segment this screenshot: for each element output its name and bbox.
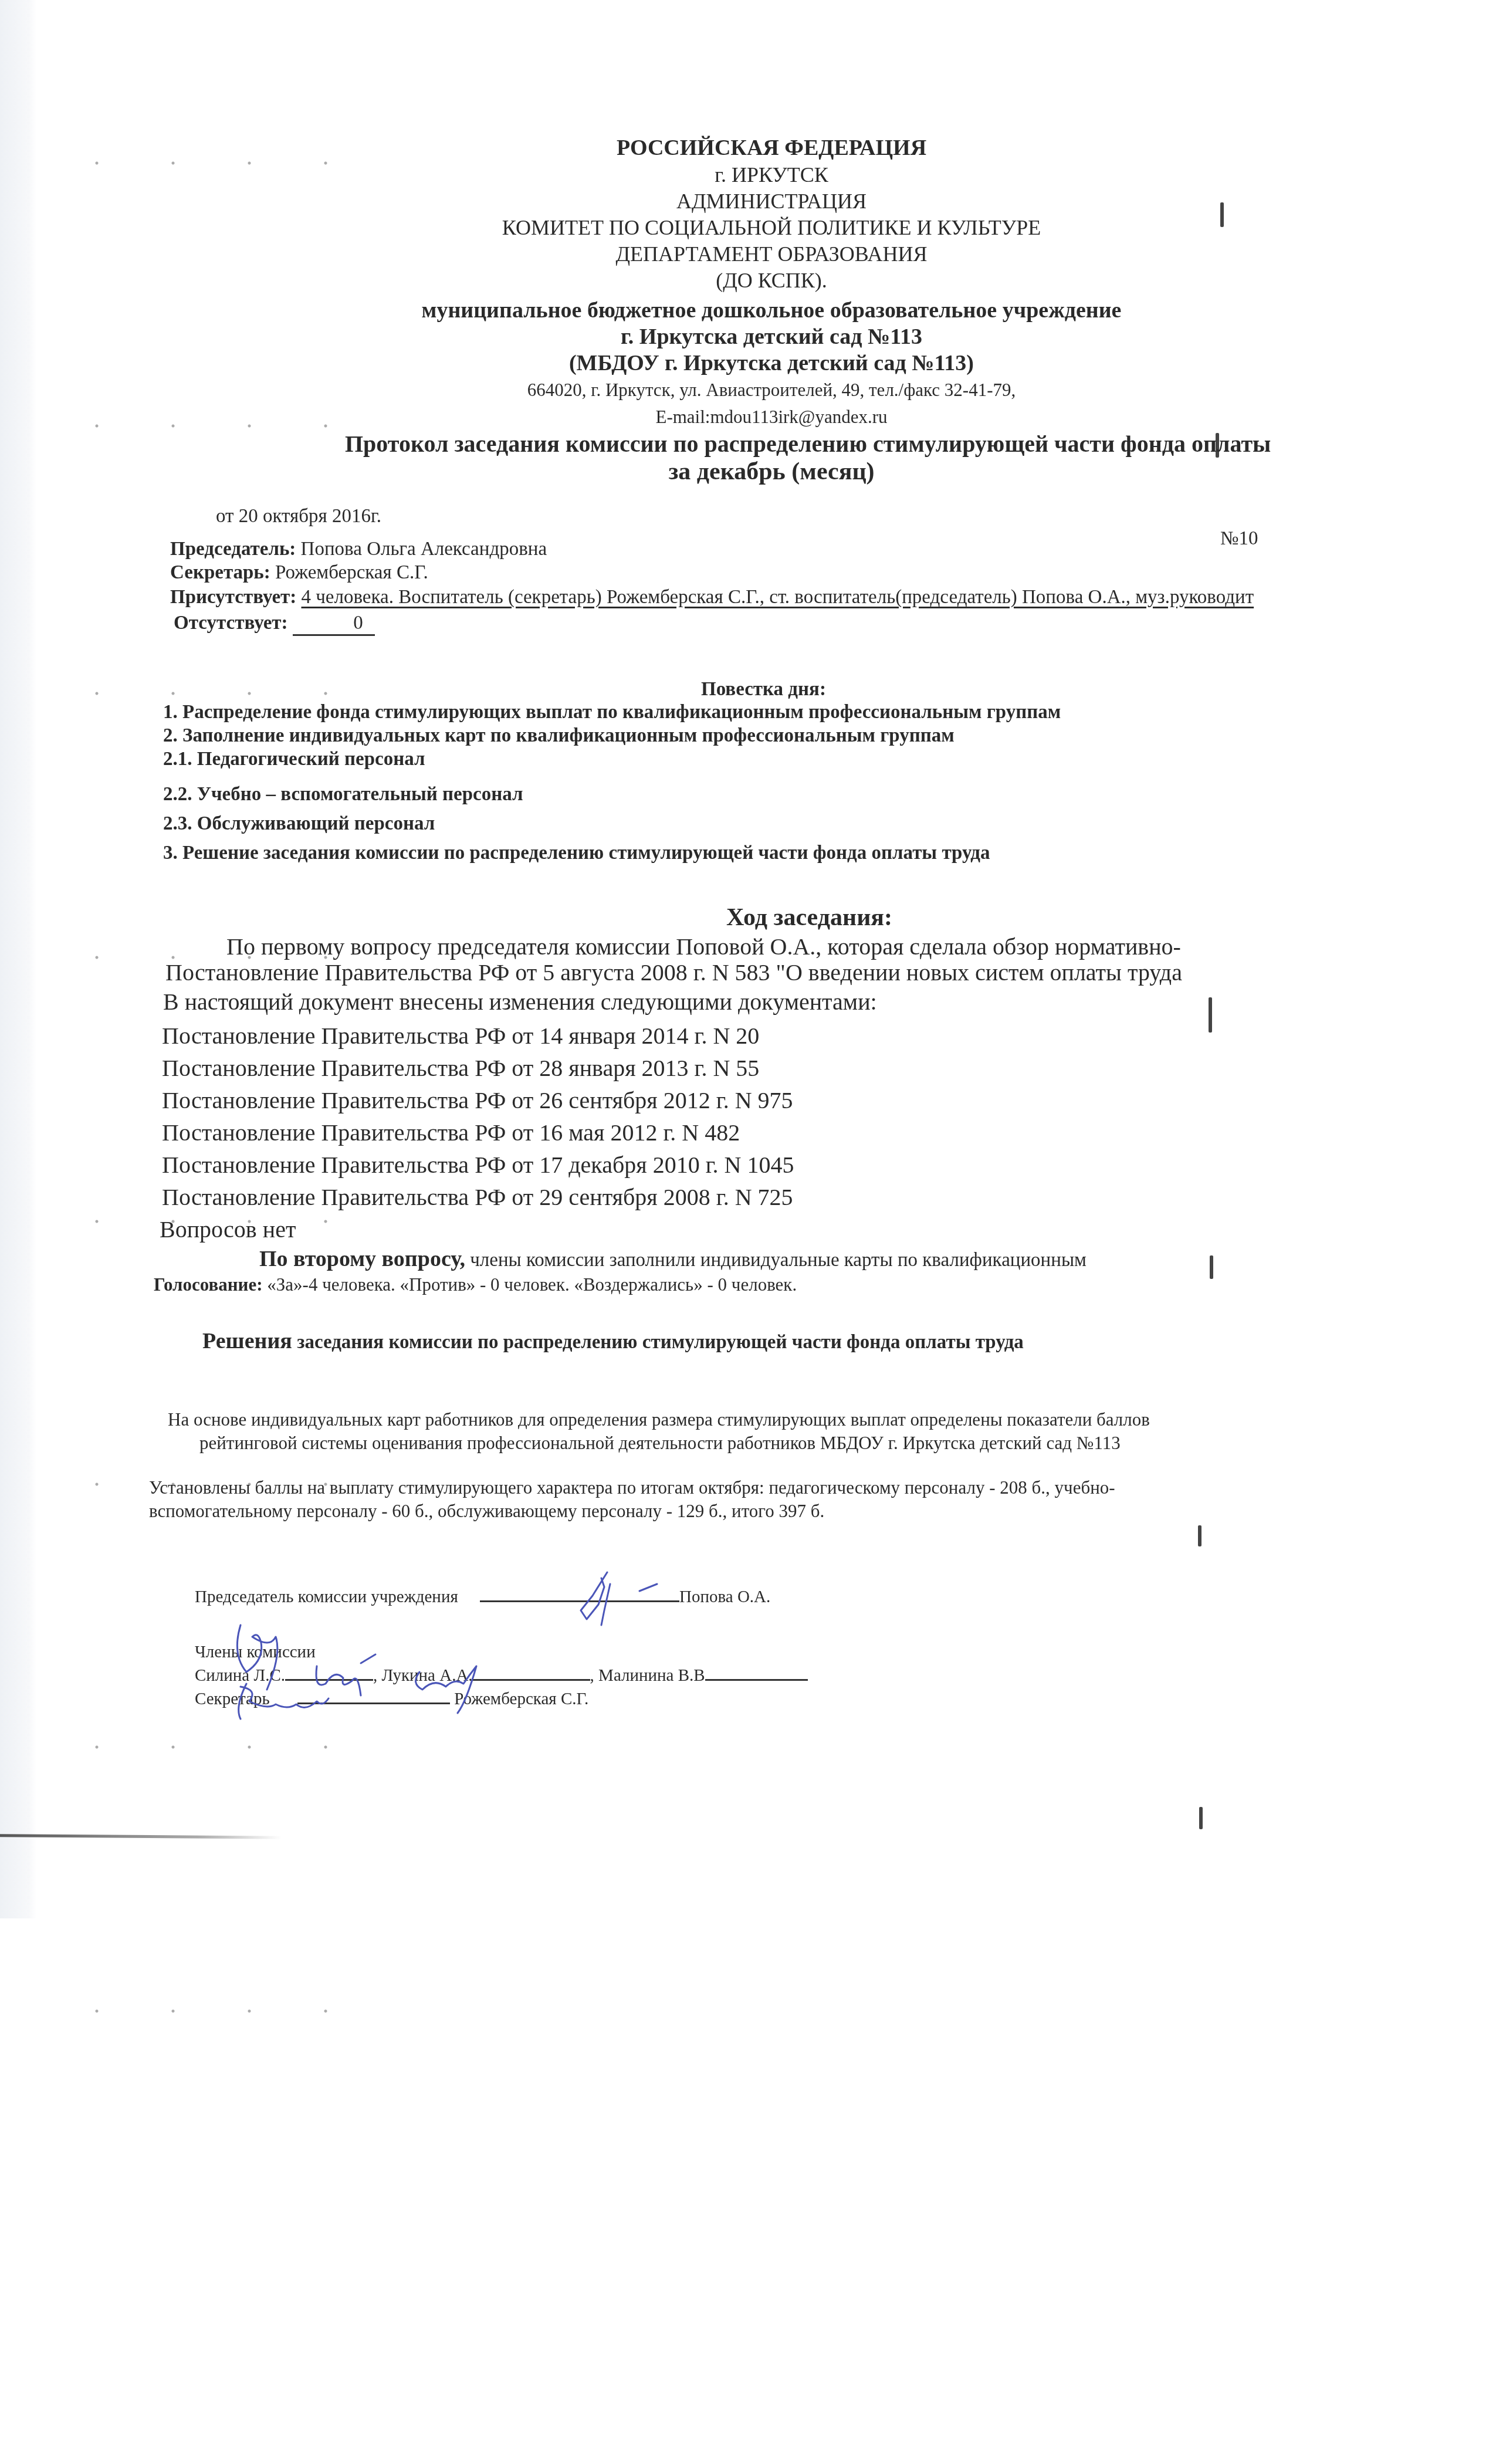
signature-secretary — [239, 1684, 329, 1719]
signature-chair — [581, 1572, 657, 1625]
signature-member2 — [316, 1654, 375, 1695]
signature-member1 — [237, 1625, 277, 1690]
handwritten-signatures — [0, 0, 1496, 1760]
scan-edge-shadow — [0, 1834, 282, 1839]
signature-member3 — [416, 1666, 476, 1713]
scan-mark — [1199, 1807, 1203, 1829]
scan-specks — [53, 1999, 358, 2016]
